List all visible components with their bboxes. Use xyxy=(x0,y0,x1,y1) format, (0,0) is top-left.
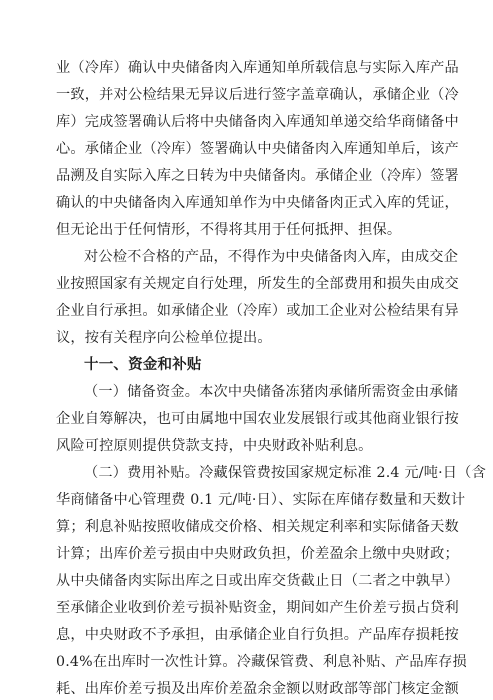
text-line: 库）完成签署确认后将中央储备肉入库通知单递交给华商储备中 xyxy=(56,111,434,133)
section-heading: 十一、资金和补贴 xyxy=(84,354,434,376)
text-line: 但无论出于任何情形，不得将其用于任何抵押、担保。 xyxy=(56,219,434,241)
text-line: 算；利息补贴按照收储成交价格、相关规定利率和实际储备天数 xyxy=(56,516,434,538)
text-line: 确认的中央储备肉入库通知单作为中央储备肉正式入库的凭证， xyxy=(56,192,434,214)
text-line: 0.4%在出库时一次性计算。冷藏保管费、利息补贴、产品库存损 xyxy=(56,651,434,673)
text-line: 耗、出库价差亏损及出库价差盈余金额以财政部等部门核定金额 xyxy=(56,678,434,700)
paragraph-start: （一）储备资金。本次中央储备冻猪肉承储所需资金由承储 xyxy=(84,381,434,403)
text-line: 心。承储企业（冷库）签署确认中央储备肉入库通知单后，该产 xyxy=(56,138,434,160)
document-page: 业（冷库）确认中央储备肉入库通知单所载信息与实际入库产品 一致，并对公检结果无异… xyxy=(0,0,493,700)
text-line: 计算；出库价差亏损由中央财政负担，价差盈余上缴中央财政； xyxy=(56,543,434,565)
text-line: 业按照国家有关规定自行处理，所发生的全部费用和损失由成交 xyxy=(56,273,434,295)
text-line: 风险可控原则提供贷款支持，中央财政补贴利息。 xyxy=(56,435,434,457)
text-line: 企业自行承担。如承储企业（冷库）或加工企业对公检结果有异 xyxy=(56,300,434,322)
text-line: 从中央储备肉实际出库之日或出库交货截止日（二者之中孰早） xyxy=(56,570,434,592)
text-line: 企业自筹解决，也可由属地中国农业发展银行或其他商业银行按 xyxy=(56,408,434,430)
text-line: 华商储备中心管理费 0.1 元/吨·日）、实际在库储存数量和天数计 xyxy=(56,489,434,511)
paragraph-start: （二）费用补贴。冷藏保管费按国家规定标准 2.4 元/吨·日（含 xyxy=(84,462,434,484)
text-line: 业（冷库）确认中央储备肉入库通知单所载信息与实际入库产品 xyxy=(56,57,434,79)
text-line: 品溯及自实际入库之日转为中央储备肉。承储企业（冷库）签署 xyxy=(56,165,434,187)
text-line: 议，按有关程序向公检单位提出。 xyxy=(56,327,434,349)
text-line: 至承储企业收到价差亏损补贴资金，期间如产生价差亏损占贷利 xyxy=(56,597,434,619)
text-line: 息，中央财政不予承担，由承储企业自行负担。产品库存损耗按 xyxy=(56,624,434,646)
text-line: 一致，并对公检结果无异议后进行签字盖章确认，承储企业（冷 xyxy=(56,84,434,106)
paragraph-start: 对公检不合格的产品，不得作为中央储备肉入库，由成交企 xyxy=(84,246,434,268)
